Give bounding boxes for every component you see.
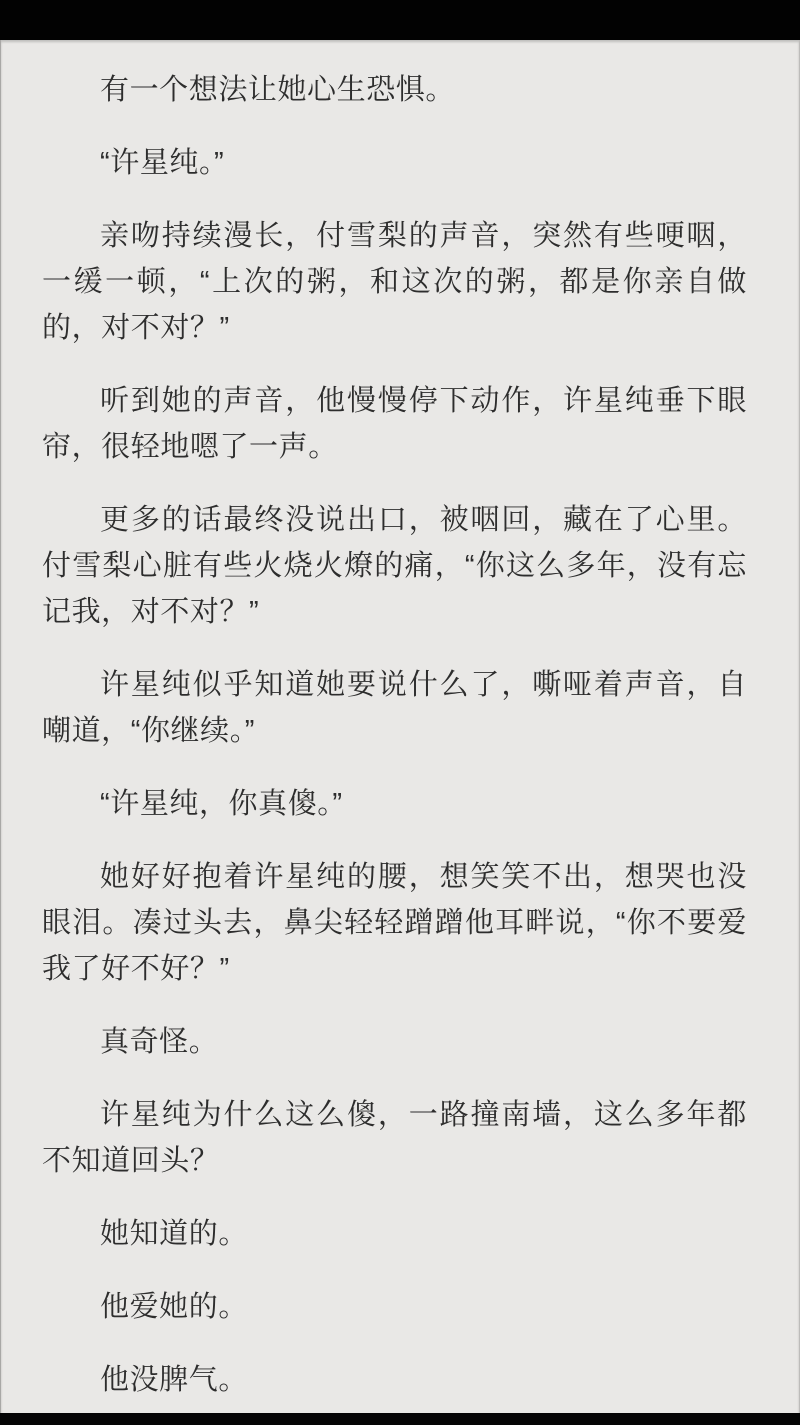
paragraph: 更多的话最终没说出口，被咽回，藏在了心里。付雪梨心脏有些火烧火燎的痛，“你这么多… bbox=[42, 497, 747, 635]
bottom-letterbox-bar bbox=[0, 1413, 800, 1425]
paragraph: 她知道的。 bbox=[42, 1211, 747, 1257]
paragraph: “许星纯。” bbox=[42, 140, 747, 186]
reader-screen: 有一个想法让她心生恐惧。“许星纯。”亲吻持续漫长，付雪梨的声音，突然有些哽咽，一… bbox=[0, 0, 800, 1425]
paragraph: 许星纯似乎知道她要说什么了，嘶哑着声音，自嘲道，“你继续。” bbox=[42, 662, 747, 754]
paragraph: 他没脾气。 bbox=[42, 1357, 747, 1403]
paragraph: 听到她的声音，他慢慢停下动作，许星纯垂下眼帘，很轻地嗯了一声。 bbox=[42, 378, 747, 470]
paragraph: 他爱她的。 bbox=[42, 1284, 747, 1330]
paragraph: “许星纯，你真傻。” bbox=[42, 781, 747, 827]
paragraph: 她好好抱着许星纯的腰，想笑笑不出，想哭也没眼泪。凑过头去，鼻尖轻轻蹭蹭他耳畔说，… bbox=[42, 854, 747, 992]
paragraph: 真奇怪。 bbox=[42, 1019, 747, 1065]
paragraph: 有一个想法让她心生恐惧。 bbox=[42, 67, 747, 113]
top-letterbox-bar bbox=[0, 0, 800, 40]
paragraph: 亲吻持续漫长，付雪梨的声音，突然有些哽咽，一缓一顿，“上次的粥，和这次的粥，都是… bbox=[42, 213, 747, 351]
reader-page[interactable]: 有一个想法让她心生恐惧。“许星纯。”亲吻持续漫长，付雪梨的声音，突然有些哽咽，一… bbox=[0, 40, 800, 1413]
paragraph-list: 有一个想法让她心生恐惧。“许星纯。”亲吻持续漫长，付雪梨的声音，突然有些哽咽，一… bbox=[42, 67, 747, 1403]
paragraph: 许星纯为什么这么傻，一路撞南墙，这么多年都不知道回头？ bbox=[42, 1092, 747, 1184]
